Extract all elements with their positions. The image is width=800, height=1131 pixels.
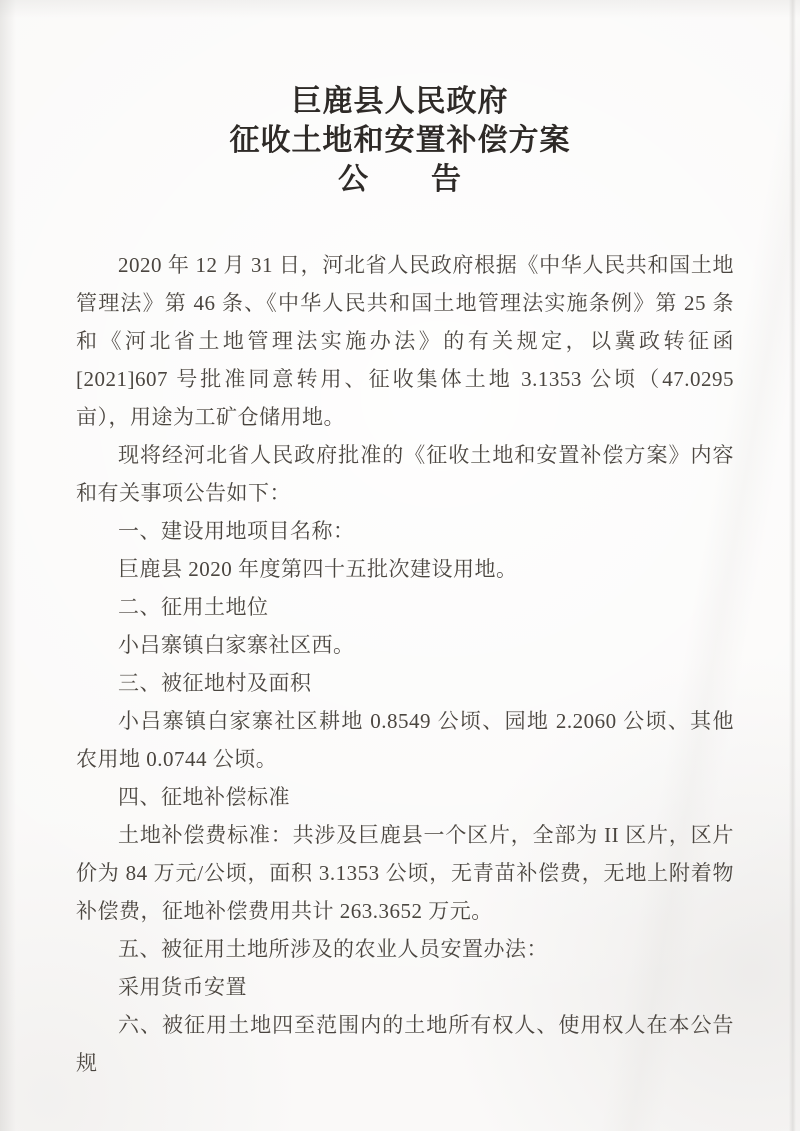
notice-section-4-content: 土地补偿费标准：共涉及巨鹿县一个区片，全部为 II 区片，区片价为 84 万元/… <box>76 816 734 930</box>
notice-paragraph-intro: 现将经河北省人民政府批准的《征收土地和安置补偿方案》内容和有关事项公告如下： <box>76 436 734 512</box>
notice-section-5-heading: 五、被征用土地所涉及的农业人员安置办法： <box>76 930 734 968</box>
notice-section-2-heading: 二、征用土地位 <box>76 588 734 626</box>
notice-title-line-authority: 巨鹿县人民政府 <box>0 82 800 121</box>
notice-title-line-subject: 征收土地和安置补偿方案 <box>0 121 800 160</box>
notice-title-line-announcement: 公 告 <box>0 160 800 199</box>
notice-section-1-content: 巨鹿县 2020 年度第四十五批次建设用地。 <box>76 550 734 588</box>
notice-section-3-content: 小吕寨镇白家寨社区耕地 0.8549 公顷、园地 2.2060 公顷、其他农用地… <box>76 702 734 778</box>
notice-title: 巨鹿县人民政府 征收土地和安置补偿方案 公 告 <box>0 82 800 199</box>
notice-body: 2020 年 12 月 31 日，河北省人民政府根据《中华人民共和国土地管理法》… <box>76 246 734 1082</box>
notice-section-3-heading: 三、被征地村及面积 <box>76 664 734 702</box>
notice-paragraph-approval: 2020 年 12 月 31 日，河北省人民政府根据《中华人民共和国土地管理法》… <box>76 246 734 436</box>
notice-section-2-content: 小吕寨镇白家寨社区西。 <box>76 626 734 664</box>
notice-section-5-content: 采用货币安置 <box>76 968 734 1006</box>
notice-section-1-heading: 一、建设用地项目名称： <box>76 512 734 550</box>
notice-section-4-heading: 四、征地补偿标准 <box>76 778 734 816</box>
scanned-notice-page: 巨鹿县人民政府 征收土地和安置补偿方案 公 告 2020 年 12 月 31 日… <box>0 0 800 1131</box>
notice-section-6-heading-truncated: 六、被征用土地四至范围内的土地所有权人、使用权人在本公告规 <box>76 1006 734 1082</box>
